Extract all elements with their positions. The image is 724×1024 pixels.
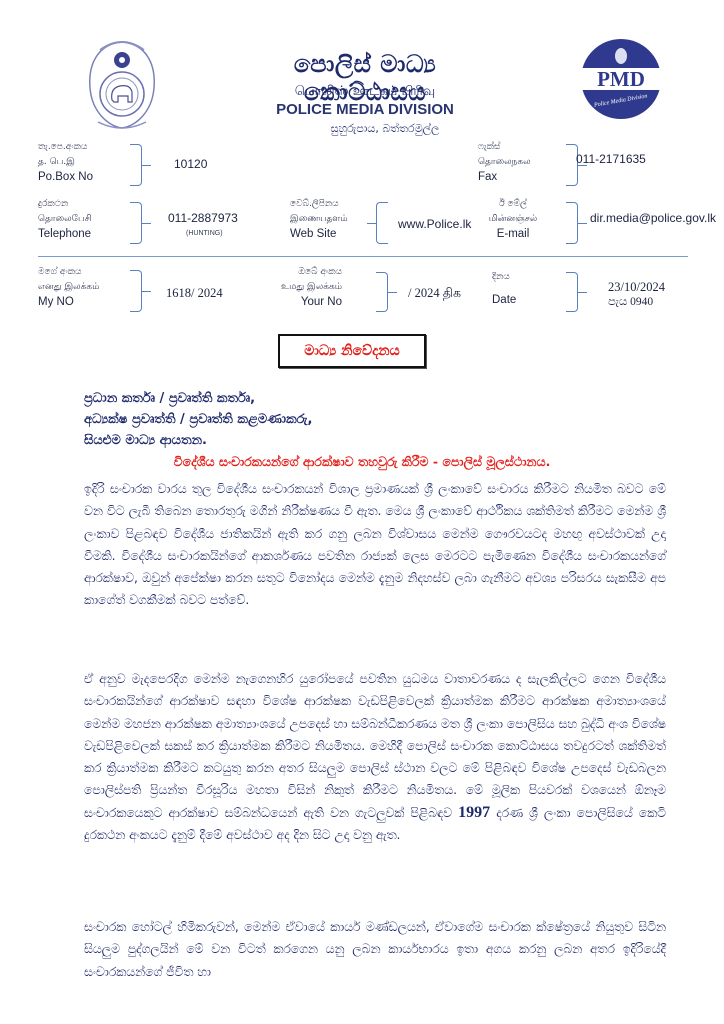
header-title-tamil: பொலிஸ் ஊடகப் பிரிவு bbox=[230, 84, 500, 100]
date-label: දිනය Date bbox=[492, 270, 516, 308]
body-paragraph-2: ඒ අනුව මැදපෙරදිග මෙන්ම නැගෙනහිර යුරෝපයේ … bbox=[84, 668, 666, 846]
email-brace bbox=[566, 202, 578, 244]
body-paragraph-3: සංචාරක හෝටල් හිමිකරුවන්, මෙන්ම ඒවායේ කාර… bbox=[84, 916, 666, 983]
date-value: 23/10/2024 bbox=[608, 280, 665, 295]
header-title-english: POLICE MEDIA DIVISION bbox=[230, 101, 500, 118]
website-brace bbox=[376, 202, 388, 244]
addressee-block: ප්‍රධාන කර්තෘ / ප්‍රවෘත්ති කර්තෘ, අධ්‍යක… bbox=[84, 388, 312, 451]
pobox-label: තැ.පෙ.අංකය த. பெ.இ Po.Box No bbox=[38, 140, 93, 185]
date-brace bbox=[566, 272, 578, 312]
hotline-number: 1997 bbox=[458, 804, 490, 821]
addressee-line: ප්‍රධාන කර්තෘ / ප්‍රවෘත්ති කර්තෘ, bbox=[84, 388, 312, 409]
your-no-label: ඔබේ අංකය உமது இலக்கம் Your No bbox=[262, 265, 342, 310]
pmd-logo-icon: PMD Police Media Division bbox=[580, 38, 662, 120]
telephone-brace bbox=[130, 202, 142, 244]
website-link[interactable]: www.Police.lk bbox=[398, 217, 471, 231]
media-release-heading: මාධ්‍ය නිවේදනය bbox=[278, 334, 426, 368]
telephone-note: (HUNTING) bbox=[186, 230, 223, 237]
fax-label: ෆැක්ස් தொலைநகல Fax bbox=[478, 140, 531, 185]
pobox-brace bbox=[130, 144, 142, 186]
your-no-brace bbox=[376, 272, 388, 312]
header-address: සුහුරුපාය, බත්තරමුල්ල bbox=[230, 122, 500, 136]
my-no-brace bbox=[130, 270, 142, 312]
addressee-line: සියළුම මාධ්‍ය ආයතන. bbox=[84, 430, 312, 451]
svg-text:PMD: PMD bbox=[597, 67, 645, 91]
time-value: පැය 0940 bbox=[608, 296, 653, 309]
header-divider bbox=[38, 256, 688, 257]
email-label: ඊ මේල් மின்னஞ்சல் E-mail bbox=[468, 197, 558, 242]
body-paragraph-1: ඉදිරි සංචාරක වාරය තුල විදේශීය සංචාරකයන් … bbox=[84, 478, 666, 612]
police-emblem-icon bbox=[78, 36, 166, 132]
my-no-value: 1618/ 2024 bbox=[166, 286, 223, 301]
website-label: වෙබ්.ලිපිනය இணையதளம் Web Site bbox=[290, 197, 348, 242]
my-no-label: මගේ අංකය எனது இலக்கம் My NO bbox=[38, 265, 99, 310]
your-no-value: / 2024 திக bbox=[408, 286, 461, 302]
telephone-value: 011-2887973 bbox=[168, 211, 238, 225]
telephone-label: දුරකථන தொலைபேசி Telephone bbox=[38, 197, 92, 242]
pobox-value: 10120 bbox=[174, 157, 207, 171]
addressee-line: අධ්‍යක්ෂ ප්‍රවෘත්ති / ප්‍රවෘත්ති කළමණාකර… bbox=[84, 409, 312, 430]
email-link[interactable]: dir.media@police.gov.lk bbox=[590, 211, 716, 225]
fax-value: 011-2171635 bbox=[576, 152, 646, 166]
release-subject: විදේශීය සංචාරකයන්ගේ ආරක්ෂාව තහවුරු කිරීම… bbox=[60, 454, 664, 470]
